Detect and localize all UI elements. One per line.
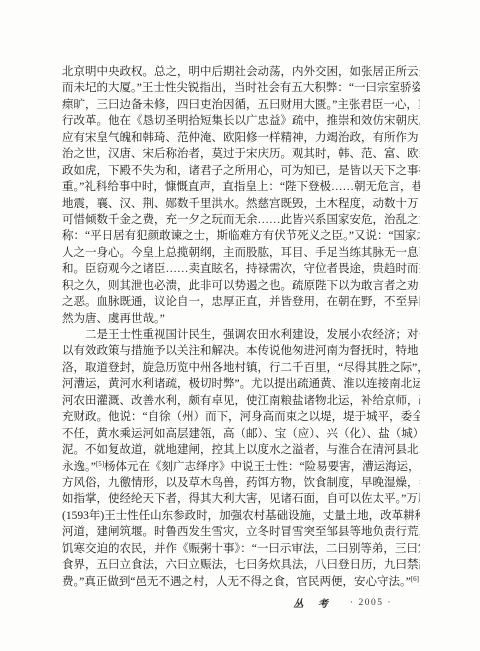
text-line: (1593年)王士性任山东参政时，加强农村基础设施，丈量土地，改革耕种技术，疏通 <box>62 508 420 524</box>
text-line: 人之一身心。今皇上总揽朝纲，主而股肱，耳目、手足当练其脉无一息而流贯而后 <box>62 245 420 261</box>
text-line: 河道，建闸筑堰。时鲁西发生雪灾，立冬时冒雪突至邹县等地负责行荒，赈济扶恤 <box>62 524 420 540</box>
text-line: 之恶。血脉既通，议论自一，忠厚正直，并皆登用，在朝在野，不至异同，岂不更熙熙 <box>62 294 420 310</box>
text-line: 和。臣窃观今之诸臣……卖直眩名，持禄需次，守位者畏途，贵趋时而戒犯中所忌， <box>62 261 420 277</box>
text-line: 永逸。”[5]杨体元在《刻广志绎序》中说王士性：“险易要害，漕运海运，天官地理，… <box>62 459 420 475</box>
paragraph-1: 北京明中央政权。总之，明中后期社会动荡，内外交困，如张居正所云是一座“将圮而未圮… <box>62 64 420 327</box>
text-line: 不任，黄水乘运河如高层建瓴，高（邮）、宝（应）、兴（化）、盐（城）诸生民托之一如… <box>62 426 420 442</box>
text-line: 泥。不如复故道，就地建闸，控其上以度水之溢者，与淮合在清河县北……则一劳 <box>62 442 420 458</box>
paragraph-2: 二是王士性重视国计民生，强调农田水利建设，发展小农经济；对于民间疾苦，以有效政策… <box>62 327 420 590</box>
text-line: 洛，取道登封，旋急历览中州各地村镇，行二千百里，“尽得其胜之际”，“既建言海 <box>62 360 420 376</box>
text-line: 重。”礼科给事中时，慷慨直声，直指皇上：“陛下登极……朝无危言，巷无清议；关陇 <box>62 179 420 195</box>
footnote-ref: [5] <box>96 460 104 468</box>
text-line: 河农田灌溉、改善水利，颇有卓见，使江南粮盐诸物北运，补给京师，改善民生，扩 <box>62 393 420 409</box>
scanned-page: 北京明中央政权。总之，明中后期社会动荡，内外交困，如张居正所云是一座“将圮而未圮… <box>0 0 480 651</box>
text-line: 称：“平日居有犯颜敢谏之士，斯临难方有伏节死义之臣。”又说：“国家之于臣工，如 <box>62 228 420 244</box>
text-line: 积之久，则其泄也必溃，此非可以势遏之也。疏原陛下以为敢言者之劝……除君侧 <box>62 278 420 294</box>
text-line: 食界，五曰立食法，六曰立赈法，七曰务炊具法，八曰登日历，九曰禁乱民，十曰冗省 <box>62 557 420 573</box>
text-line: 如指掌，使经纶天下者，得其大利大害，见诸石面，自可以佐太平。”万历二十一年 <box>62 491 420 507</box>
page-year-label: · 2005 · <box>350 598 392 608</box>
text-line: 而未圮的大厦。”王士性尖锐指出，当时社会有五大积弊：“一曰宗室骄姿，二曰庶官 <box>62 80 420 96</box>
text-line: 河漕运，黄河水利诸疏，极切时弊”。尤以提出疏通黄、淮以连接南北运河，以利两 <box>62 376 420 392</box>
body-text: 北京明中央政权。总之，明中后期社会动荡，内外交困，如张居正所云是一座“将圮而未圮… <box>62 64 420 590</box>
journal-name: 丛 考 <box>293 595 334 610</box>
text-line: 行改革。他在《恳切圣明拾短集长以广忠益》疏中，推崇和效仿宋朝庆历改革，明皇 <box>62 113 420 129</box>
text-line: 费。”真正做到“邑无不遇之村，人无不得之食，官民两便，安心守法。”[6]王士性为… <box>62 574 420 590</box>
text-line: 北京明中央政权。总之，明中后期社会动荡，内外交困，如张居正所云是一座“将圮 <box>62 64 420 80</box>
text-line: 应有宋皇气魄和韩琦、范仲淹、欧阳修一样精神，力竭治政，有所作为：“臣闻自古致 <box>62 130 420 146</box>
text-line: 二是王士性重视国计民生，强调农田水利建设，发展小农经济；对于民间疾苦， <box>62 327 420 343</box>
text-line: 治之世，汉唐、宋后称治者，莫过于宋庆历。观其时，韩、范、富、欧辈上殿相争，为 <box>62 146 420 162</box>
text-line: 可惜倾数千金之费，充一夕之玩而无余……此皆兴系国家安危，治乱之大者”。又 <box>62 212 420 228</box>
text-line: 然为唐、虞再世哉。” <box>62 311 420 327</box>
page-footer: 丛 考 · 2005 · <box>62 595 392 610</box>
text-line: 方风俗，九徼情形，以及草木鸟兽，药饵方物，饮食制度，早晚湿燥，各因时地宜，悉 <box>62 475 420 491</box>
text-line: 以有效政策与措施予以关注和解决。本传说他匆进河南为督抚时，特地由宛入 <box>62 343 420 359</box>
text-line: 政如虎，下殿不失为和，诸君子之所用心，可为知已，是皆以天下之事持天下之公为 <box>62 163 420 179</box>
text-line: 充财政。他说：“自徐（州）而下，河身高而束之以堤，堤于城平，委全力于淮，而淮 <box>62 409 420 425</box>
text-line: 饥寒交迫的农民，并作《赈粥十事》：“一曰示审法，二曰别等弟，三曰定赈期，四曰分 <box>62 541 420 557</box>
text-line: 瘝旷，三曰边备未修，四曰吏治因循，五曰财用大匮。”主张君臣一心，重整朝纲，历 <box>62 97 420 113</box>
text-line: 地震，襄、汉、荆、郧数千里洪水。然慈宫既毁，土木程度，动数十万；皇上日者赏赐， <box>62 196 420 212</box>
footnote-ref: [6] <box>411 575 419 583</box>
